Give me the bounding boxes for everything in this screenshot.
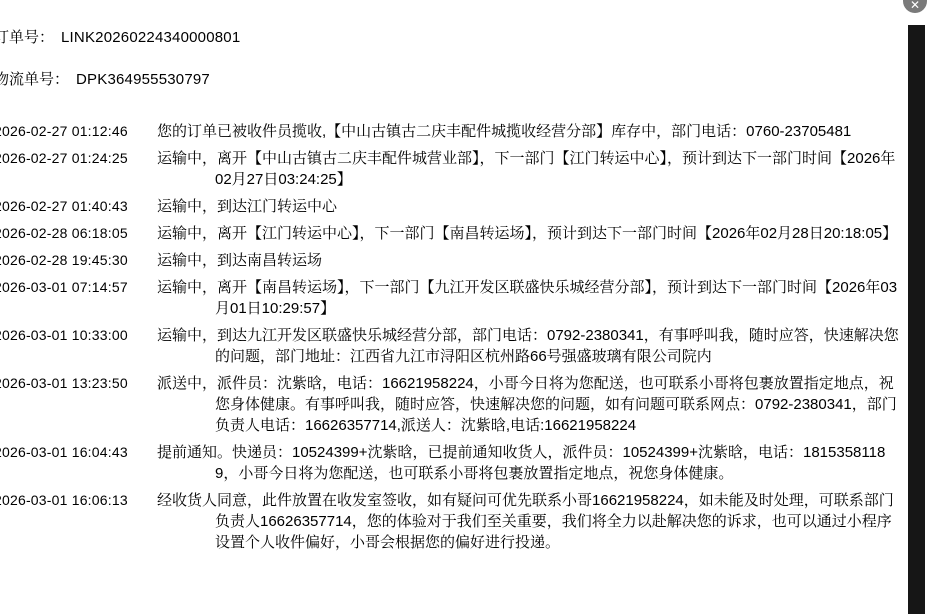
tracking-panel: 订单号：LINK20260224340000801 物流单号：DPK364955… — [0, 0, 928, 614]
tracking-event-row: 2026-02-28 06:18:05 运输中，离开【江门转运中心】，下一部门【… — [0, 223, 900, 244]
waybill-number-label: 物流单号： — [0, 71, 69, 88]
event-timestamp: 2026-02-28 19:45:30 — [0, 250, 130, 271]
event-description: 提前通知。快递员：10524399+沈紫晗，已提前通知收货人，派件员：10524… — [157, 442, 900, 484]
event-description: 经收货人同意，此件放置在收发室签收，如有疑问可优先联系小哥16621958224… — [157, 490, 900, 553]
event-description: 您的订单已被收件员揽收,【中山古镇古二庆丰配件城揽收经营分部】库存中，部门电话：… — [157, 121, 900, 142]
event-timestamp: 2026-02-27 01:40:43 — [0, 196, 130, 217]
order-number-label: 订单号： — [0, 29, 54, 46]
tracking-timeline: 2026-02-27 01:12:46 您的订单已被收件员揽收,【中山古镇古二庆… — [0, 121, 900, 553]
event-timestamp: 2026-03-01 07:14:57 — [0, 277, 130, 319]
event-timestamp: 2026-02-27 01:12:46 — [0, 121, 130, 142]
event-description: 运输中，离开【江门转运中心】，下一部门【南昌转运场】，预计到达下一部门时间【20… — [157, 223, 900, 244]
tracking-event-row: 2026-03-01 10:33:00 运输中，到达九江开发区联盛快乐城经营分部… — [0, 325, 900, 367]
waybill-number-row: 物流单号：DPK364955530797 — [0, 69, 900, 90]
tracking-event-row: 2026-03-01 16:06:13 经收货人同意，此件放置在收发室签收，如有… — [0, 490, 900, 553]
tracking-event-row: 2026-02-27 01:24:25 运输中，离开【中山古镇古二庆丰配件城营业… — [0, 148, 900, 190]
event-description: 运输中，离开【南昌转运场】，下一部门【九江开发区联盛快乐城经营分部】，预计到达下… — [157, 277, 900, 319]
tracking-event-row: 2026-03-01 07:14:57 运输中，离开【南昌转运场】，下一部门【九… — [0, 277, 900, 319]
event-timestamp: 2026-02-28 06:18:05 — [0, 223, 130, 244]
event-description: 派送中，派件员：沈紫晗，电话：16621958224，小哥今日将为您配送，也可联… — [157, 373, 900, 436]
tracking-event-row: 2026-02-27 01:40:43 运输中，到达江门转运中心 — [0, 196, 900, 217]
waybill-number-value: DPK364955530797 — [76, 71, 210, 88]
tracking-event-row: 2026-03-01 13:23:50 派送中，派件员：沈紫晗，电话：16621… — [0, 373, 900, 436]
order-number-value: LINK20260224340000801 — [61, 29, 240, 46]
event-description: 运输中，到达九江开发区联盛快乐城经营分部，部门电话：0792-2380341，有… — [157, 325, 900, 367]
tracking-event-row: 2026-02-27 01:12:46 您的订单已被收件员揽收,【中山古镇古二庆… — [0, 121, 900, 142]
event-timestamp: 2026-03-01 16:06:13 — [0, 490, 130, 553]
event-description: 运输中，到达南昌转运场 — [157, 250, 900, 271]
close-icon: ✕ — [910, 0, 920, 11]
event-timestamp: 2026-03-01 16:04:43 — [0, 442, 130, 484]
order-number-row: 订单号：LINK20260224340000801 — [0, 27, 900, 48]
tracking-event-row: 2026-02-28 19:45:30 运输中，到达南昌转运场 — [0, 250, 900, 271]
tracking-content: 订单号：LINK20260224340000801 物流单号：DPK364955… — [0, 0, 922, 559]
event-timestamp: 2026-02-27 01:24:25 — [0, 148, 130, 190]
right-edge-bar — [908, 25, 925, 614]
event-timestamp: 2026-03-01 13:23:50 — [0, 373, 130, 436]
event-description: 运输中，到达江门转运中心 — [157, 196, 900, 217]
event-description: 运输中，离开【中山古镇古二庆丰配件城营业部】，下一部门【江门转运中心】，预计到达… — [157, 148, 900, 190]
event-timestamp: 2026-03-01 10:33:00 — [0, 325, 130, 367]
tracking-event-row: 2026-03-01 16:04:43 提前通知。快递员：10524399+沈紫… — [0, 442, 900, 484]
